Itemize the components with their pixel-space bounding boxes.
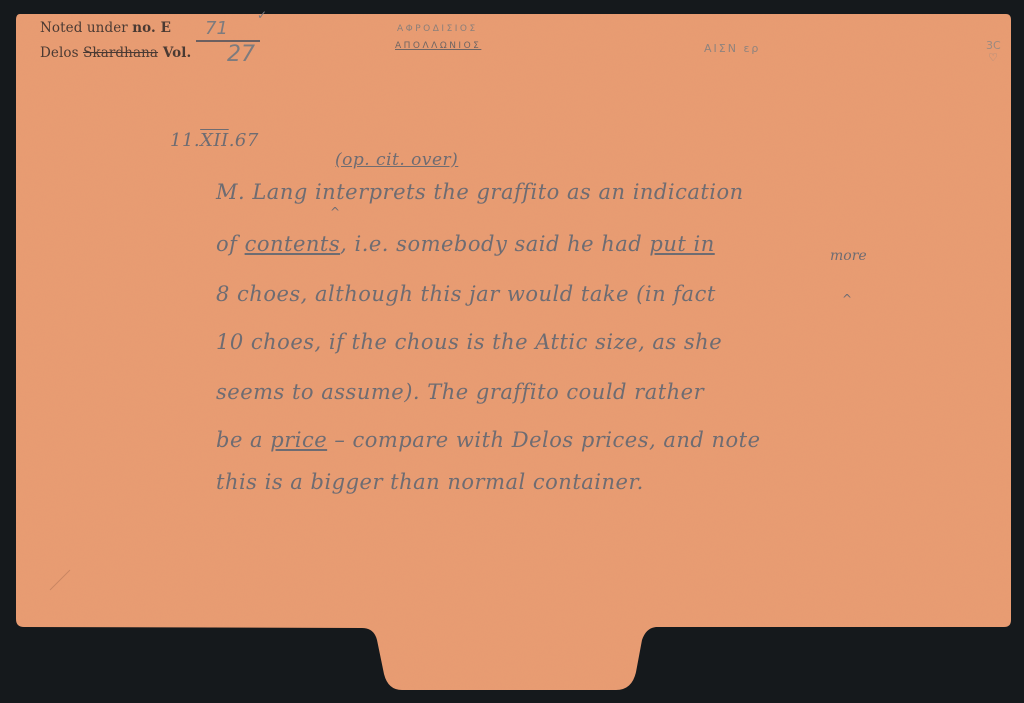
text-span: of: [216, 232, 245, 256]
note-line-1: M. Lang interprets the graffito as an in…: [216, 180, 744, 204]
corner-mark: 3C ♡: [986, 40, 1000, 64]
stamp-label: Delos: [40, 45, 83, 61]
stamp-struck-word: Skardhana: [83, 45, 158, 61]
note-reference: (op. cit. over): [335, 150, 458, 170]
note-line-2: of contents, i.e. somebody said he had p…: [216, 232, 715, 256]
date-day: 11.: [170, 130, 200, 151]
text-span: , i.e. somebody said he had: [340, 232, 649, 256]
underlined-word: contents: [245, 232, 341, 256]
insert-caret-icon: ^: [842, 292, 852, 306]
text-span: – compare with Delos prices, and note: [327, 428, 760, 452]
header-right-note: ΑΙΣΝ ερ: [704, 42, 760, 55]
volume-number: 27: [227, 42, 255, 67]
date-year: .67: [229, 130, 259, 151]
underlined-word: price: [270, 428, 327, 452]
date-month: XII: [200, 130, 229, 151]
note-line-4: 10 choes, if the chous is the Attic size…: [216, 330, 722, 354]
greek-name-1: ΑΦΡΟΔΙΣΙΟΣ: [397, 24, 478, 34]
underlined-word: put in: [649, 232, 714, 256]
note-line-5: seems to assume). The graffito could rat…: [216, 380, 704, 404]
stamp-label: Noted under: [40, 20, 132, 36]
insertion-more: more: [830, 248, 867, 264]
reference-text: (op. cit. over): [335, 150, 458, 170]
stamp-label-bold: Vol.: [158, 45, 191, 61]
note-line-7: this is a bigger than normal container.: [216, 470, 644, 494]
insert-caret-icon: ^: [330, 205, 340, 219]
text-span: be a: [216, 428, 270, 452]
card-content: Noted under no. E 71 ✓ Delos Skardhana V…: [0, 0, 1024, 703]
note-line-6: be a price – compare with Delos prices, …: [216, 428, 761, 452]
check-mark-icon: ✓: [257, 8, 267, 22]
stamp-volume: Delos Skardhana Vol.: [40, 45, 191, 61]
catalog-number: 71: [205, 18, 228, 39]
note-line-3: 8 choes, although this jar would take (i…: [216, 282, 716, 306]
stamp-label-bold: no. E: [132, 20, 171, 36]
greek-name-2: ΑΠΟΛΛΩΝΙΟΣ: [395, 41, 481, 51]
stamp-noted-under: Noted under no. E: [40, 20, 171, 36]
note-date: 11.XII.67: [170, 130, 259, 151]
